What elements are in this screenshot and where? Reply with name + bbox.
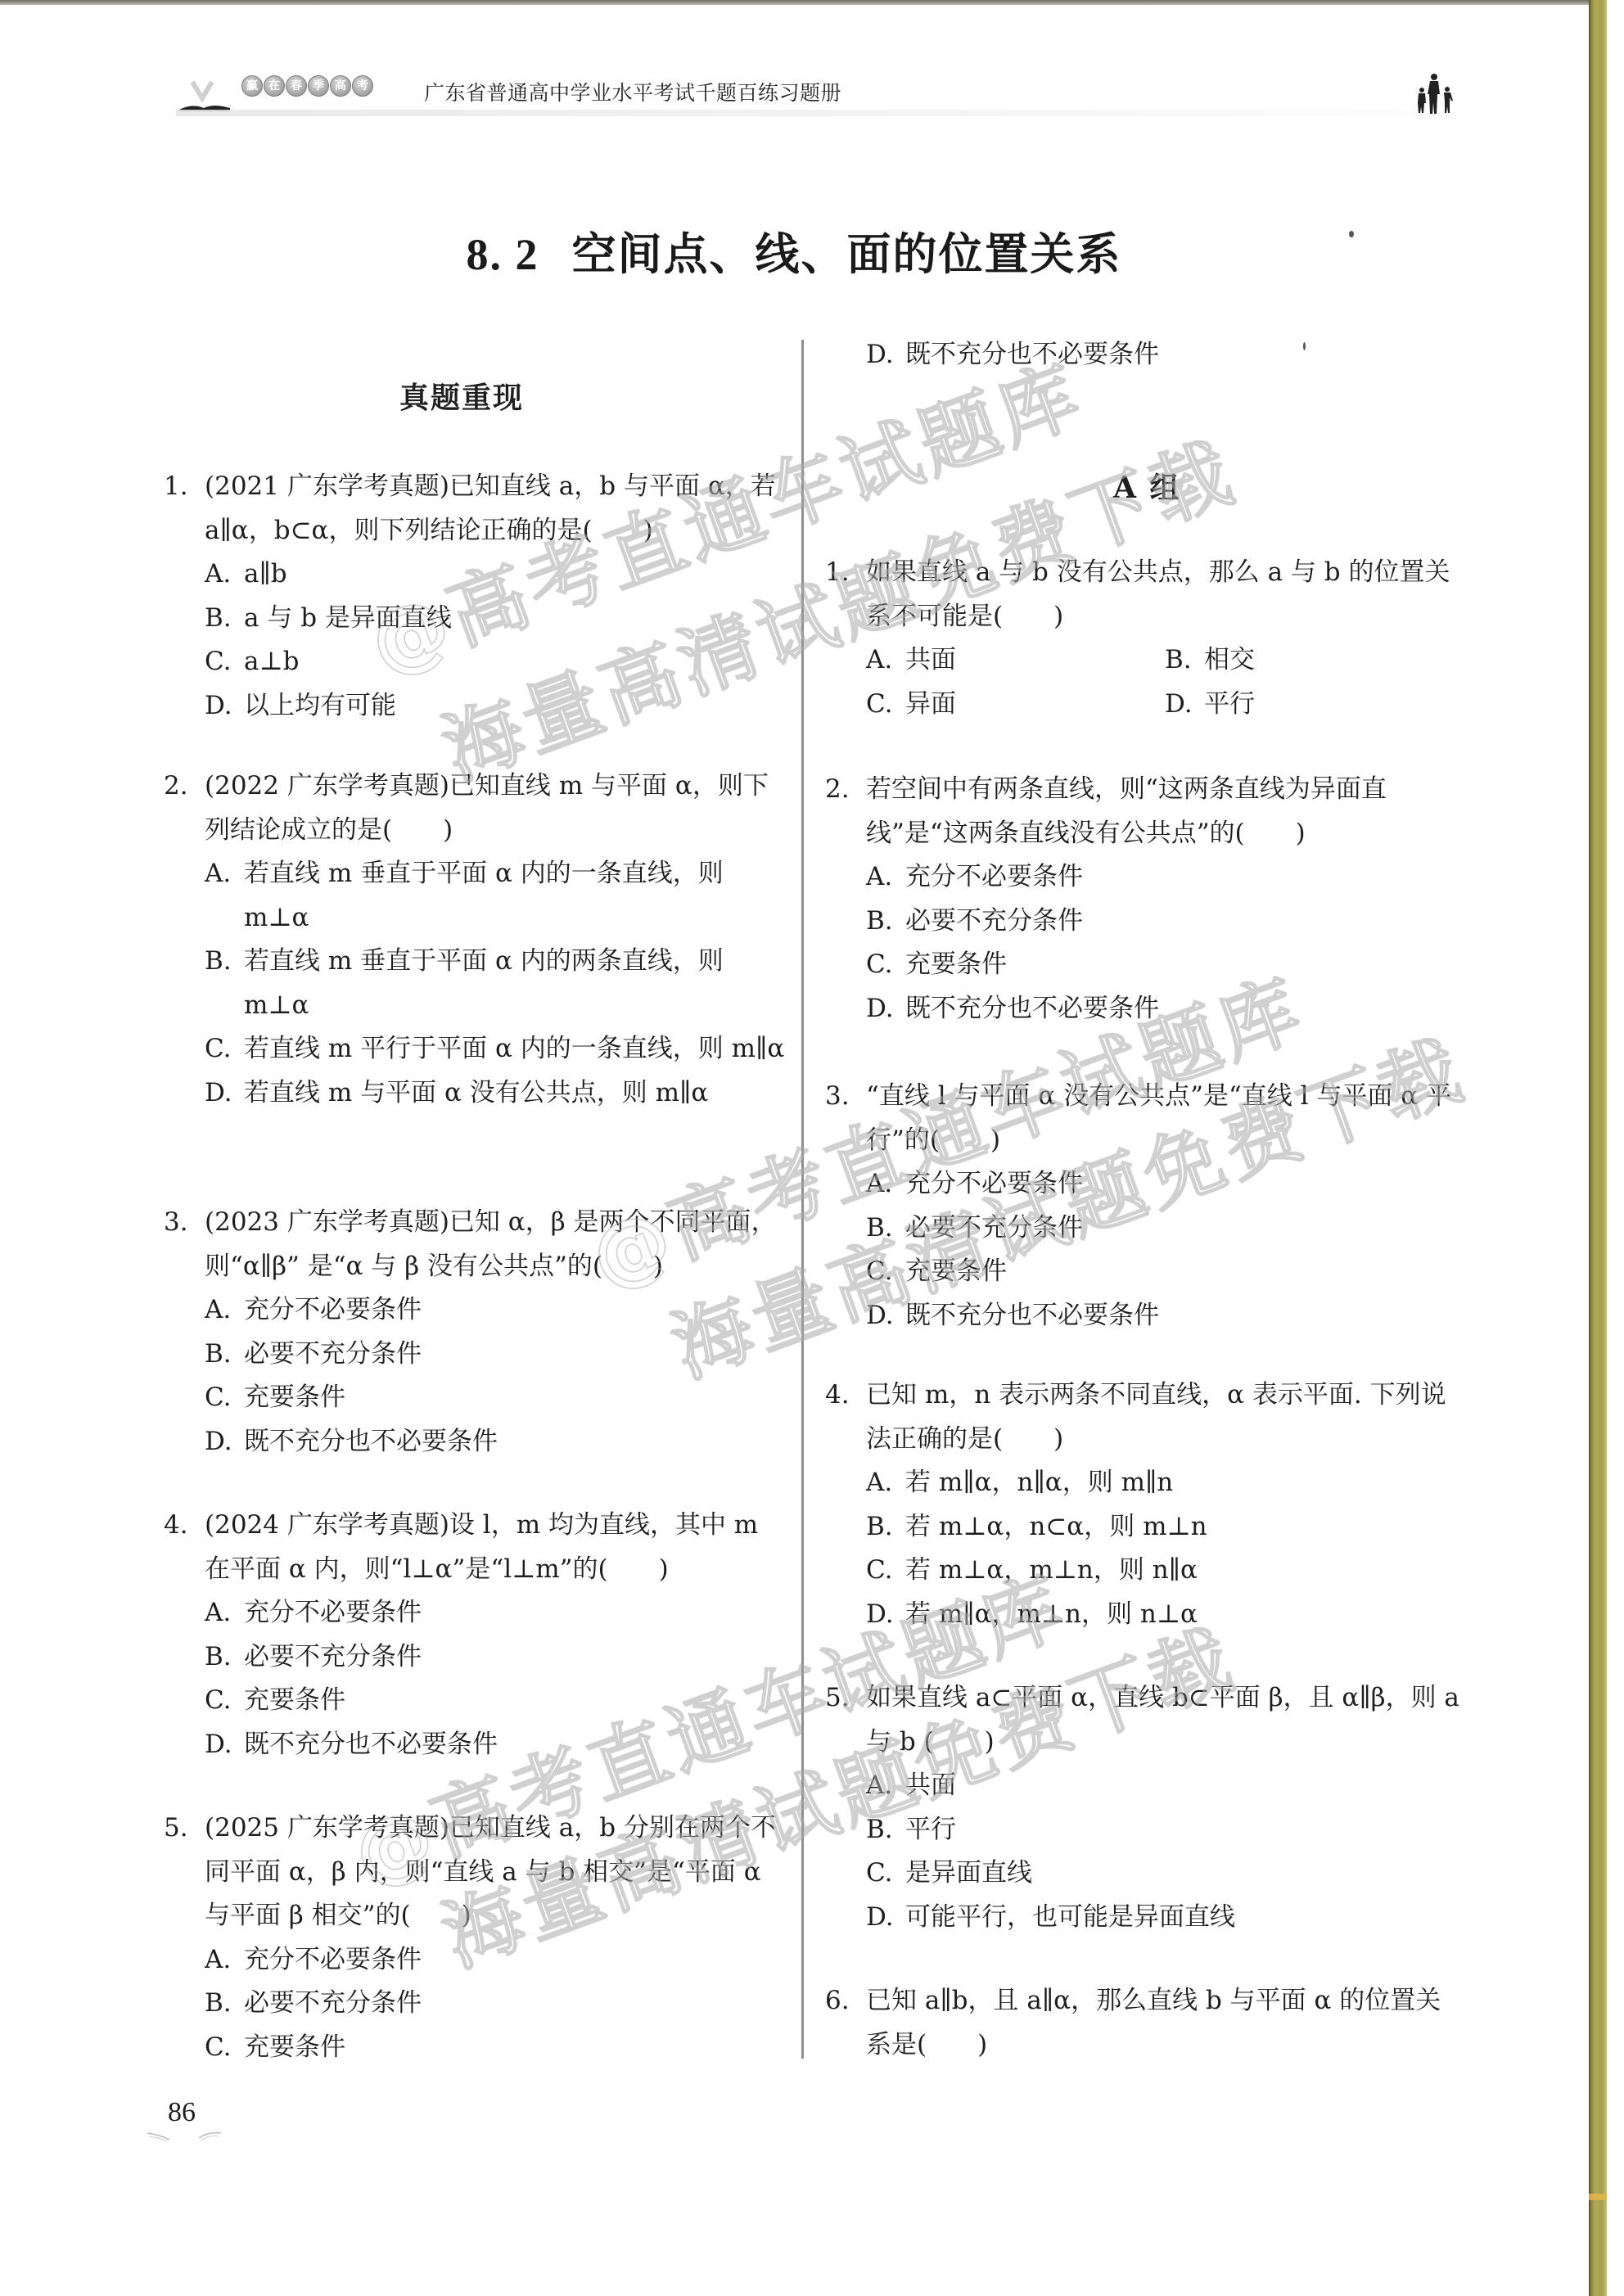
option-text: 异面	[905, 683, 956, 727]
page-number: 86	[168, 2097, 196, 2128]
answer-option[interactable]: B.必要不充分条件	[205, 1982, 790, 2026]
question-number: 2.	[164, 765, 205, 852]
question: 4.已知 m，n 表示两条不同直线，α 表示平面. 下列说法正确的是( ) A.…	[825, 1374, 1464, 1636]
option-label: A.	[205, 1288, 244, 1333]
option-text: 充分不必要条件	[905, 855, 1083, 900]
question-number: 1.	[164, 465, 205, 553]
question-stem: 已知 a∥b，且 a∥α，那么直线 b 与平面 α 的位置关系是( )	[866, 1979, 1464, 2067]
question: 6.已知 a∥b，且 a∥α，那么直线 b 与平面 α 的位置关系是( )	[825, 1979, 1464, 2067]
column-divider	[801, 340, 804, 2059]
answer-option[interactable]: C.是异面直线	[866, 1852, 1464, 1896]
continued-option: D.既不充分也不必要条件	[825, 333, 1464, 377]
question-stem: 若空间中有两条直线，则“这两条直线为异面直线”是“这两条直线没有公共点”的( )	[866, 768, 1464, 855]
question: 1.如果直线 a 与 b 没有公共点，那么 a 与 b 的位置关系不可能是( )…	[825, 551, 1464, 726]
answer-option[interactable]: C.充要条件	[205, 2026, 790, 2070]
section-title-group-a: A 组	[1113, 465, 1180, 507]
header-rule	[176, 110, 1437, 116]
answer-option[interactable]: C.若直线 m 平行于平面 α 内的一条直线，则 m∥α	[205, 1027, 790, 1071]
option-text: 充分不必要条件	[244, 1591, 422, 1635]
option-text: 充要条件	[244, 1679, 345, 1723]
option-text: 充要条件	[244, 2026, 345, 2070]
question: 4.(2024 广东学考真题)设 l，m 均为直线，其中 m 在平面 α 内，则…	[164, 1504, 790, 1766]
question-stem: “直线 l 与平面 α 没有公共点”是“直线 l 与平面 α 平行”的( )	[866, 1075, 1464, 1162]
answer-option[interactable]: C.若 m⊥α，m⊥n，则 n∥α	[866, 1549, 1464, 1593]
book-title: 广东省普通高中学业水平考试千题百练习题册	[424, 77, 841, 106]
option-text: 既不充分也不必要条件	[244, 1723, 498, 1767]
series-badge: 赢	[241, 75, 263, 97]
question-number: 3.	[164, 1201, 205, 1288]
option-text: 必要不充分条件	[905, 1207, 1083, 1251]
question: 2.若空间中有两条直线，则“这两条直线为异面直线”是“这两条直线没有公共点”的(…	[825, 768, 1464, 1031]
answer-option[interactable]: D.若直线 m 与平面 α 没有公共点，则 m∥α	[205, 1071, 790, 1116]
answer-option[interactable]: B.必要不充分条件	[866, 900, 1464, 944]
answer-option[interactable]: B.必要不充分条件	[205, 1635, 790, 1680]
option-label: D.	[205, 1071, 244, 1116]
answer-option[interactable]: A.共面	[866, 1764, 1464, 1808]
option-label: D.	[866, 987, 905, 1031]
question-stem: (2025 广东学考真题)已知直线 a，b 分别在两个不同平面 α，β 内，则“…	[205, 1807, 790, 1938]
option-text: 必要不充分条件	[244, 1635, 422, 1680]
answer-option[interactable]: A.充分不必要条件	[866, 855, 1464, 900]
option-label: D.	[1165, 683, 1204, 727]
option-label: C.	[205, 1679, 244, 1723]
answer-option[interactable]: A.共面	[866, 638, 1165, 683]
answer-option[interactable]: C.a⊥b	[205, 640, 790, 684]
option-text: 共面	[905, 1764, 956, 1808]
option-text: 充分不必要条件	[905, 1162, 1083, 1207]
answer-option[interactable]: B.相交	[1165, 638, 1464, 683]
runners-icon	[1410, 72, 1459, 116]
option-label: C.	[866, 943, 905, 987]
option-label: C.	[205, 1027, 244, 1071]
option-text: 相交	[1204, 638, 1255, 683]
answer-option[interactable]: A.充分不必要条件	[866, 1162, 1464, 1207]
option-text: 既不充分也不必要条件	[905, 1294, 1159, 1338]
question-number: 5.	[825, 1676, 866, 1764]
option-label: A.	[866, 1461, 905, 1505]
answer-option[interactable]: C.异面	[866, 683, 1165, 727]
section-title-past-exams: 真题重现	[399, 375, 524, 417]
question-stem: 已知 m，n 表示两条不同直线，α 表示平面. 下列说法正确的是( )	[866, 1374, 1464, 1461]
option-text: 若 m⊥α，n⊂α，则 m⊥n	[905, 1505, 1207, 1549]
question: 3.(2023 广东学考真题)已知 α，β 是两个不同平面，则“α∥β” 是“α…	[164, 1201, 790, 1464]
answer-option[interactable]: C.充要条件	[866, 943, 1464, 987]
answer-option[interactable]: B.若直线 m 垂直于平面 α 内的两条直线，则 m⊥α	[205, 940, 790, 1027]
page-number-ornament-icon	[143, 2128, 225, 2145]
option-text: 若 m⊥α，m⊥n，则 n∥α	[905, 1549, 1198, 1593]
option-label: A.	[866, 855, 905, 900]
question: 5.如果直线 a⊂平面 α，直线 b⊂平面 β，且 α∥β，则 a 与 b ( …	[825, 1676, 1464, 1939]
answer-option[interactable]: D.若 m∥α，m⊥n，则 n⊥α	[866, 1593, 1464, 1637]
answer-option[interactable]: D.既不充分也不必要条件	[866, 333, 1464, 377]
option-text: 共面	[905, 638, 956, 683]
option-text: a∥b	[244, 553, 287, 597]
scan-speck	[1349, 231, 1354, 237]
option-label: A.	[205, 553, 244, 597]
wave-logo-icon	[176, 74, 233, 113]
option-label: A.	[866, 1764, 905, 1808]
option-text: 必要不充分条件	[905, 900, 1083, 944]
series-badge: 在	[264, 75, 285, 97]
series-badge: 季	[308, 75, 329, 97]
answer-option[interactable]: C.充要条件	[866, 1250, 1464, 1294]
option-text: 平行	[905, 1808, 956, 1852]
question-stem: 如果直线 a 与 b 没有公共点，那么 a 与 b 的位置关系不可能是( )	[866, 551, 1464, 638]
option-label: A.	[866, 1162, 905, 1207]
option-label: B.	[205, 1982, 244, 2026]
option-text: 充要条件	[905, 943, 1007, 987]
option-label: B.	[1165, 638, 1204, 683]
option-text: 充要条件	[244, 1376, 345, 1420]
question-number: 3.	[825, 1075, 866, 1162]
option-label: D.	[866, 1896, 905, 1940]
option-label: D.	[866, 333, 905, 377]
question: 1.(2021 广东学考真题)已知直线 a，b 与平面 α，若 a∥α，b⊂α，…	[164, 465, 790, 728]
series-badge: 春	[286, 75, 307, 97]
answer-option[interactable]: B.a 与 b 是异面直线	[205, 597, 790, 641]
option-label: C.	[205, 1376, 244, 1420]
question-number: 6.	[825, 1979, 866, 2067]
option-text: 可能平行，也可能是异面直线	[905, 1896, 1235, 1940]
option-text: 充分不必要条件	[244, 1938, 422, 1982]
option-label: A.	[205, 1591, 244, 1635]
option-label: C.	[866, 1250, 905, 1294]
option-label: B.	[205, 1333, 244, 1377]
option-label: B.	[866, 1808, 905, 1852]
option-text: 平行	[1204, 683, 1255, 727]
series-badge: 考	[352, 75, 373, 97]
option-label: B.	[205, 1635, 244, 1680]
question-number: 5.	[164, 1807, 205, 1938]
option-label: C.	[866, 1549, 905, 1593]
answer-option[interactable]: A.a∥b	[205, 553, 790, 597]
question-stem: (2021 广东学考真题)已知直线 a，b 与平面 α，若 a∥α，b⊂α，则下…	[205, 465, 790, 553]
question: 3.“直线 l 与平面 α 没有公共点”是“直线 l 与平面 α 平行”的( )…	[825, 1075, 1464, 1337]
option-text: 若直线 m 平行于平面 α 内的一条直线，则 m∥α	[244, 1027, 784, 1071]
option-text: 若 m∥α，n∥α，则 m∥n	[905, 1461, 1173, 1505]
question-number: 4.	[164, 1504, 205, 1591]
option-label: D.	[205, 1420, 244, 1464]
option-label: B.	[866, 1505, 905, 1549]
answer-option[interactable]: A.若 m∥α，n∥α，则 m∥n	[866, 1461, 1464, 1505]
option-text: 既不充分也不必要条件	[244, 1420, 498, 1464]
answer-option[interactable]: D.既不充分也不必要条件	[205, 1723, 790, 1767]
series-badge: 高	[330, 75, 351, 97]
answer-option[interactable]: B.平行	[866, 1808, 1464, 1852]
option-text: 必要不充分条件	[244, 1982, 422, 2026]
answer-option[interactable]: B.若 m⊥α，n⊂α，则 m⊥n	[866, 1505, 1464, 1549]
option-label: C.	[866, 683, 905, 727]
option-text: 既不充分也不必要条件	[905, 987, 1159, 1031]
question-number: 4.	[825, 1374, 866, 1461]
answer-option[interactable]: A.充分不必要条件	[205, 1591, 790, 1635]
option-label: B.	[866, 900, 905, 944]
option-label: B.	[866, 1207, 905, 1251]
question-number: 2.	[825, 768, 866, 855]
option-text: 既不充分也不必要条件	[905, 333, 1159, 377]
option-label: B.	[205, 597, 244, 641]
answer-option[interactable]: D.以上均有可能	[205, 684, 790, 728]
answer-option[interactable]: D.既不充分也不必要条件	[866, 1294, 1464, 1338]
option-text: 充要条件	[905, 1250, 1007, 1294]
option-text: 是异面直线	[905, 1852, 1032, 1896]
answer-option[interactable]: D.可能平行，也可能是异面直线	[866, 1896, 1464, 1940]
book-edge-strip	[1589, 0, 1607, 2296]
chapter-title: 8. 2空间点、线、面的位置关系	[0, 219, 1588, 282]
scan-top-edge	[0, 0, 1589, 5]
option-text: 若直线 m 与平面 α 没有公共点，则 m∥α	[244, 1071, 708, 1116]
chapter-title-text: 空间点、线、面的位置关系	[572, 228, 1122, 280]
question: 5.(2025 广东学考真题)已知直线 a，b 分别在两个不同平面 α，β 内，…	[164, 1807, 790, 2069]
answer-option[interactable]: B.必要不充分条件	[866, 1207, 1464, 1251]
option-text: 以上均有可能	[244, 684, 396, 728]
option-label: C.	[866, 1852, 905, 1896]
question-stem: (2022 广东学考真题)已知直线 m 与平面 α，则下列结论成立的是( )	[205, 765, 790, 852]
answer-option[interactable]: A.充分不必要条件	[205, 1288, 790, 1333]
answer-option[interactable]: D.平行	[1165, 683, 1464, 727]
answer-option[interactable]: A.若直线 m 垂直于平面 α 内的一条直线，则 m⊥α	[205, 852, 790, 940]
option-label: C.	[205, 2026, 244, 2070]
running-header: 赢 在 春 季 高 考 广东省普通高中学业水平考试千题百练习题册	[176, 67, 1437, 124]
option-label: C.	[205, 640, 244, 684]
option-label: D.	[205, 684, 244, 728]
question-number: 1.	[825, 551, 866, 638]
option-text: 若直线 m 垂直于平面 α 内的一条直线，则 m⊥α	[244, 852, 790, 940]
question-stem: 如果直线 a⊂平面 α，直线 b⊂平面 β，且 α∥β，则 a 与 b ( )	[866, 1676, 1464, 1764]
scan-speck	[1303, 342, 1306, 350]
option-text: 若 m∥α，m⊥n，则 n⊥α	[905, 1593, 1198, 1637]
option-text: 充分不必要条件	[244, 1288, 422, 1333]
series-badges: 赢 在 春 季 高 考	[241, 75, 373, 97]
answer-option[interactable]: B.必要不充分条件	[205, 1333, 790, 1377]
option-label: D.	[866, 1593, 905, 1637]
option-label: D.	[866, 1294, 905, 1338]
book-edge-mark	[1589, 2194, 1607, 2200]
question-stem: (2024 广东学考真题)设 l，m 均为直线，其中 m 在平面 α 内，则“l…	[205, 1504, 790, 1591]
answer-option[interactable]: A.充分不必要条件	[205, 1938, 790, 1982]
answer-option[interactable]: C.充要条件	[205, 1679, 790, 1723]
option-label: A.	[866, 638, 905, 683]
option-label: A.	[205, 852, 244, 940]
option-text: 若直线 m 垂直于平面 α 内的两条直线，则 m⊥α	[244, 940, 790, 1027]
answer-option[interactable]: C.充要条件	[205, 1376, 790, 1420]
answer-option[interactable]: D.既不充分也不必要条件	[866, 987, 1464, 1031]
option-label: A.	[205, 1938, 244, 1982]
option-text: a 与 b 是异面直线	[244, 597, 452, 641]
option-label: B.	[205, 940, 244, 1027]
answer-option[interactable]: D.既不充分也不必要条件	[205, 1420, 790, 1464]
option-text: a⊥b	[244, 640, 299, 684]
chapter-number: 8. 2	[467, 230, 539, 279]
option-text: 必要不充分条件	[244, 1333, 422, 1377]
question: 2.(2022 广东学考真题)已知直线 m 与平面 α，则下列结论成立的是( )…	[164, 765, 790, 1115]
option-label: D.	[205, 1723, 244, 1767]
question-stem: (2023 广东学考真题)已知 α，β 是两个不同平面，则“α∥β” 是“α 与…	[205, 1201, 790, 1288]
